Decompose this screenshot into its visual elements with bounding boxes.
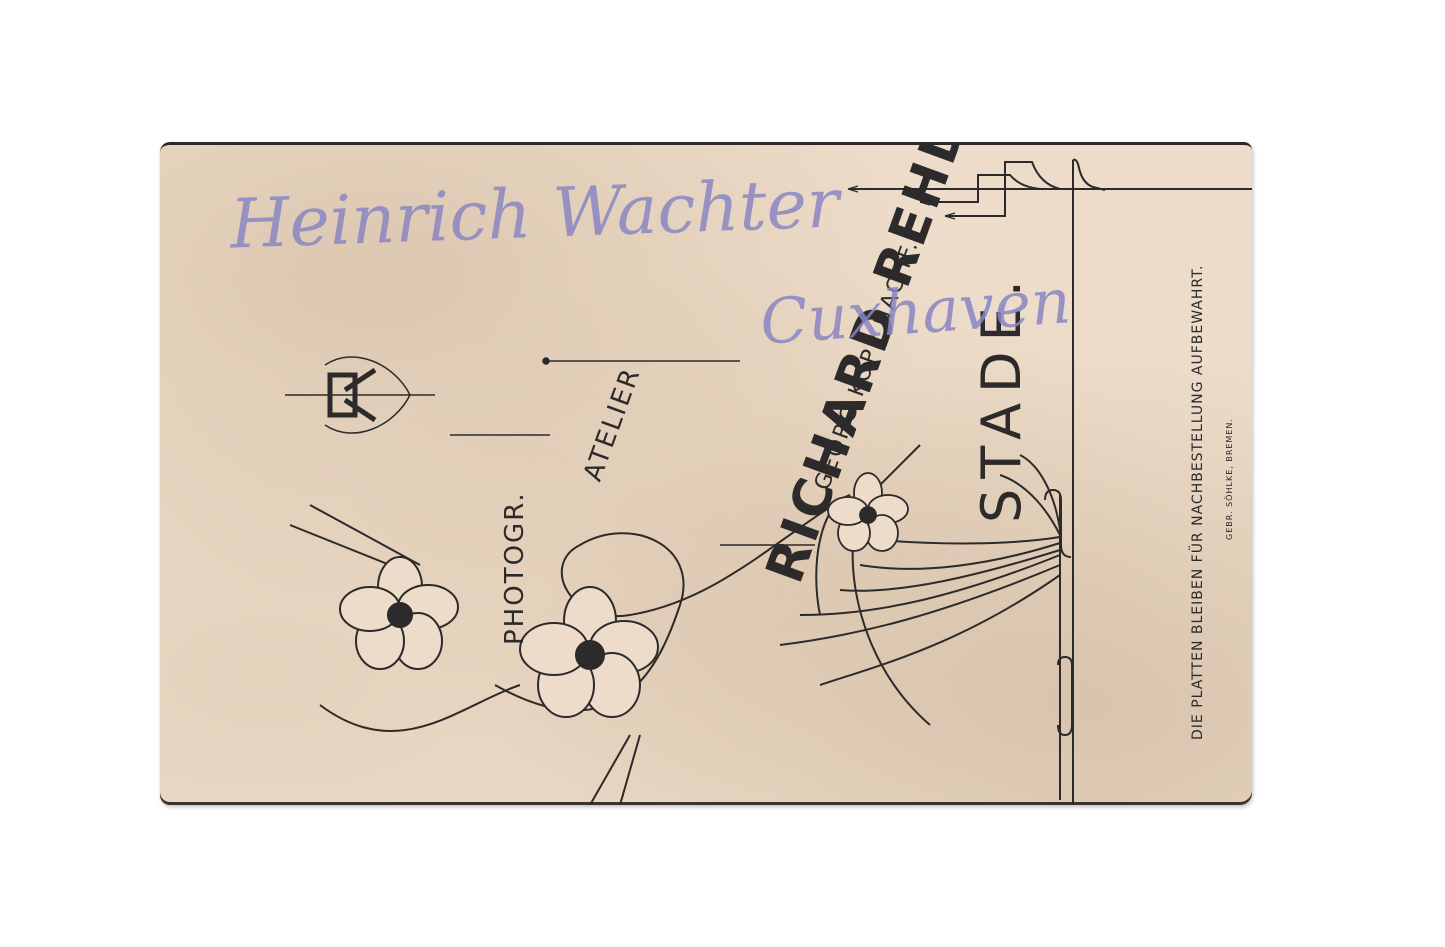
monogram-icon [285, 357, 435, 433]
studio-label-photogr: PHOTOGR. [500, 491, 530, 645]
flower-left-icon [340, 557, 458, 669]
photo-card-back: PHOTOGR. ATELIER RICHARD REHDER GEORG KO… [160, 142, 1252, 805]
flower-center-icon [520, 587, 658, 717]
printer-credit: GEBR. SÖHLKE, BREMEN. [1225, 418, 1234, 540]
notice-text: DIE PLATTEN BLEIBEN FÜR NACHBESTELLUNG A… [1190, 265, 1206, 740]
